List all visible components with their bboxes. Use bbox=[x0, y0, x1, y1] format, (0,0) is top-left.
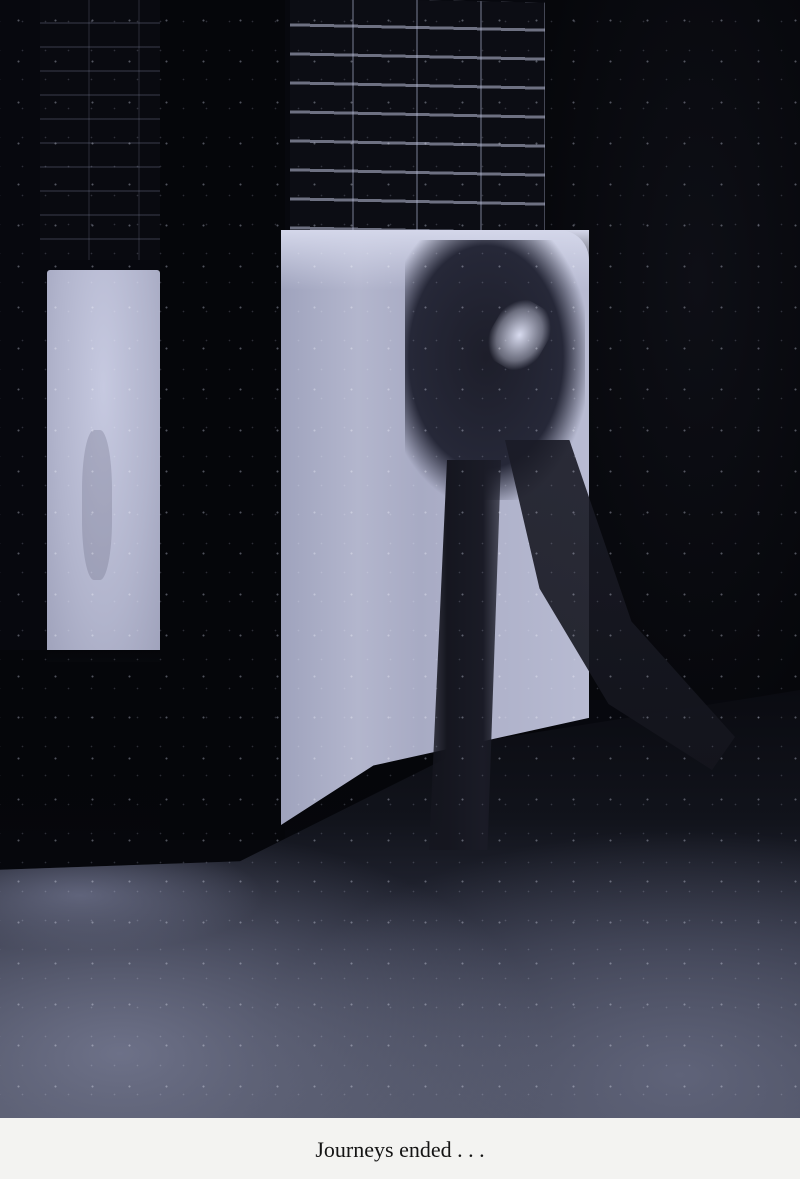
photograph bbox=[0, 0, 800, 1118]
stone-block-left bbox=[47, 270, 160, 662]
brick-wall-center bbox=[290, 0, 545, 248]
photo-caption: Journeys ended . . . bbox=[0, 1118, 800, 1179]
